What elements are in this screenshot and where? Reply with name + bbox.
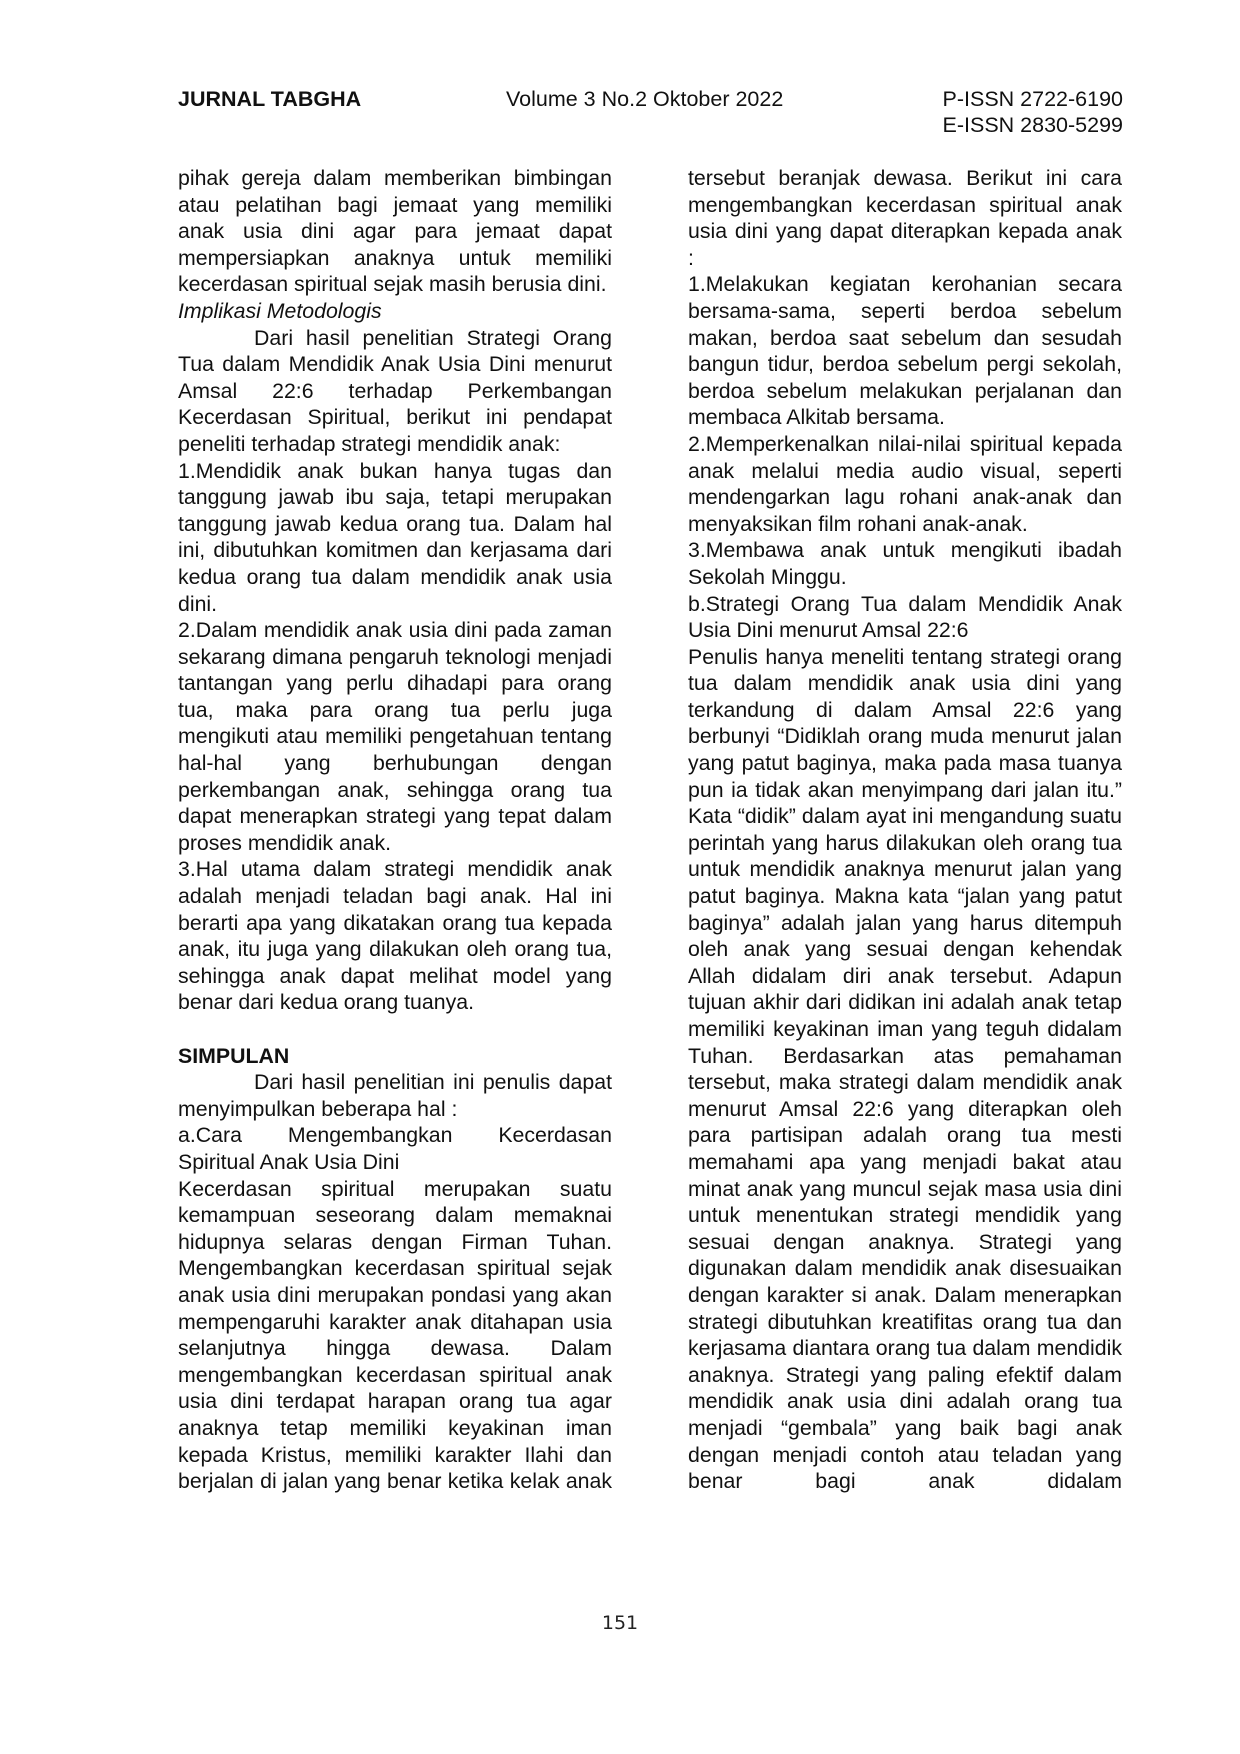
- right-column: tersebut beranjak dewasa. Berikut ini ca…: [688, 165, 1122, 1495]
- implikasi-intro: Dari hasil penelitian Strategi Orang Tua…: [178, 325, 612, 458]
- paragraph-a: Kecerdasan spiritual merupakan suatu kem…: [178, 1176, 612, 1495]
- continued-paragraph: pihak gereja dalam memberikan bimbingan …: [178, 165, 612, 298]
- subheading-b: b.Strategi Orang Tua dalam Mendidik Anak…: [688, 591, 1122, 644]
- simpulan-intro: Dari hasil penelitian ini penulis dapat …: [178, 1069, 612, 1122]
- point-a-2: 2.Memperkenalkan nilai-nilai spiritual k…: [688, 431, 1122, 537]
- journal-name: JURNAL TABGHA: [178, 86, 361, 112]
- paragraph-b: Penulis hanya meneliti tentang strategi …: [688, 644, 1122, 1495]
- page-number: 151: [0, 1612, 1240, 1634]
- simpulan-heading: SIMPULAN: [178, 1043, 612, 1070]
- implikasi-point-1: 1.Mendidik anak bukan hanya tugas dan ta…: [178, 458, 612, 618]
- point-a-1: 1.Melakukan kegiatan kerohanian secara b…: [688, 271, 1122, 431]
- running-header: JURNAL TABGHA Volume 3 No.2 Oktober 2022…: [178, 86, 1123, 146]
- left-column: pihak gereja dalam memberikan bimbingan …: [178, 165, 612, 1495]
- implikasi-point-3: 3.Hal utama dalam strategi mendidik anak…: [178, 856, 612, 1016]
- point-a-3: 3.Membawa anak untuk mengikuti ibadah Se…: [688, 537, 1122, 590]
- implikasi-point-2: 2.Dalam mendidik anak usia dini pada zam…: [178, 617, 612, 856]
- continued-paragraph-right: tersebut beranjak dewasa. Berikut ini ca…: [688, 165, 1122, 271]
- e-issn: E-ISSN 2830-5299: [943, 112, 1123, 138]
- issn-block: P-ISSN 2722-6190 E-ISSN 2830-5299: [943, 86, 1123, 138]
- p-issn: P-ISSN 2722-6190: [943, 86, 1123, 112]
- volume-info: Volume 3 No.2 Oktober 2022: [506, 86, 783, 112]
- subheading-a: a.Cara Mengembangkan Kecerdasan Spiritua…: [178, 1122, 612, 1175]
- implikasi-heading: Implikasi Metodologis: [178, 298, 612, 325]
